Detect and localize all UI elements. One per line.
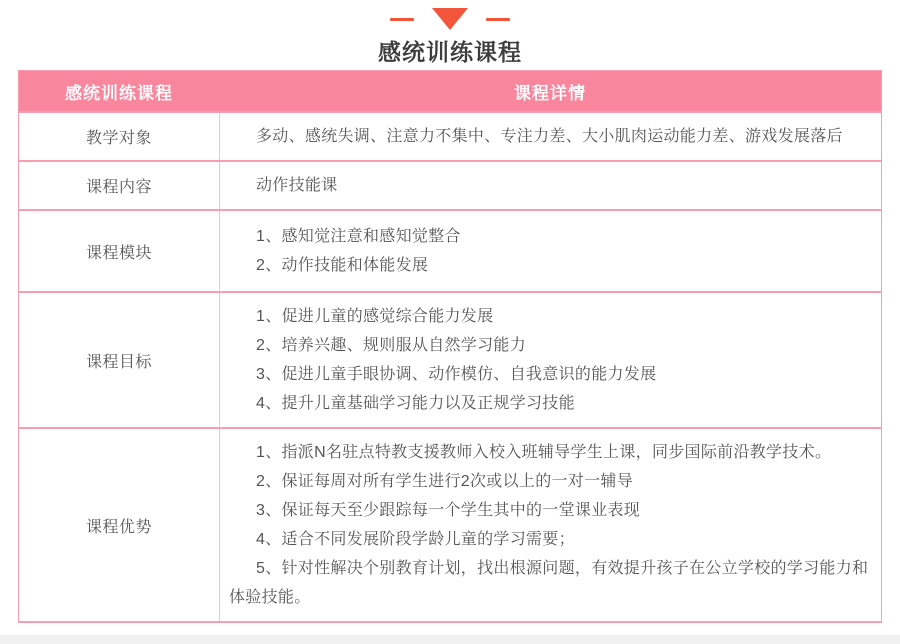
table-row: 教学对象多动、感统失调、注意力不集中、专注力差、大小肌肉运动能力差、游戏发展落后 [19,111,881,160]
course-table: 感统训练课程 课程详情 教学对象多动、感统失调、注意力不集中、专注力差、大小肌肉… [18,70,882,623]
row-label: 课程目标 [19,293,219,427]
table-row: 课程模块1、感知觉注意和感知觉整合2、动作技能和体能发展 [19,209,881,291]
detail-line: 2、培养兴趣、规则服从自然学习能力 [229,331,869,360]
row-detail: 1、感知觉注意和感知觉整合2、动作技能和体能发展 [219,211,881,291]
row-detail: 动作技能课 [219,162,881,209]
row-detail: 多动、感统失调、注意力不集中、专注力差、大小肌肉运动能力差、游戏发展落后 [219,113,881,160]
table-row: 课程优势1、指派N名驻点特教支援教师入校入班辅导学生上课，同步国际前沿教学技术。… [19,427,881,621]
row-detail: 1、促进儿童的感觉综合能力发展2、培养兴趣、规则服从自然学习能力3、促进儿童手眼… [219,293,881,427]
detail-line: 1、促进儿童的感觉综合能力发展 [229,302,869,331]
footer-strip [0,635,900,644]
detail-line: 3、保证每天至少跟踪每一个学生其中的一堂课业表现 [229,496,869,525]
table-row: 课程内容动作技能课 [19,160,881,209]
table-header-row: 感统训练课程 课程详情 [19,71,881,111]
row-label: 课程模块 [19,211,219,291]
row-label: 课程内容 [19,162,219,209]
detail-line: 2、保证每周对所有学生进行2次或以上的一对一辅导 [229,467,869,496]
detail-line: 3、促进儿童手眼协调、动作模仿、自我意识的能力发展 [229,360,869,389]
row-detail: 1、指派N名驻点特教支援教师入校入班辅导学生上课，同步国际前沿教学技术。2、保证… [219,429,881,621]
detail-line: 1、指派N名驻点特教支援教师入校入班辅导学生上课，同步国际前沿教学技术。 [229,438,869,467]
header-cell-course-name: 感统训练课程 [19,71,219,111]
decoration-dash-right-icon [486,18,510,21]
detail-line: 动作技能课 [229,171,869,200]
row-label: 教学对象 [19,113,219,160]
table-body: 教学对象多动、感统失调、注意力不集中、专注力差、大小肌肉运动能力差、游戏发展落后… [19,111,881,621]
detail-line: 2、动作技能和体能发展 [229,251,869,280]
detail-line: 4、提升儿童基础学习能力以及正规学习技能 [229,389,869,418]
header-cell-course-detail: 课程详情 [219,71,881,111]
title-decoration [0,0,900,30]
detail-line: 4、适合不同发展阶段学龄儿童的学习需要； [229,525,869,554]
table-row: 课程目标1、促进儿童的感觉综合能力发展2、培养兴趣、规则服从自然学习能力3、促进… [19,291,881,427]
detail-line: 1、感知觉注意和感知觉整合 [229,222,869,251]
detail-line: 多动、感统失调、注意力不集中、专注力差、大小肌肉运动能力差、游戏发展落后 [229,122,869,151]
detail-line: 5、针对性解决个别教育计划，找出根源问题，有效提升孩子在公立学校的学习能力和体验… [229,554,869,612]
down-triangle-icon [432,8,468,30]
row-label: 课程优势 [19,429,219,621]
decoration-dash-left-icon [390,18,414,21]
page-title: 感统训练课程 [0,40,900,64]
